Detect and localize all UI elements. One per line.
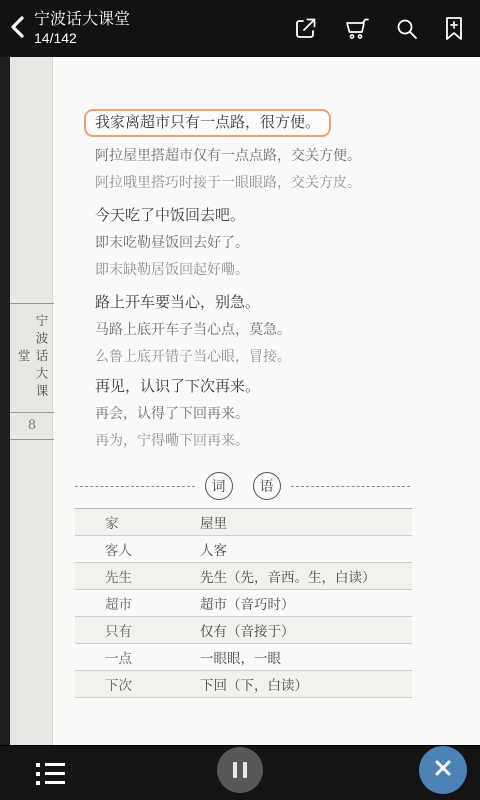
cart-button[interactable]	[343, 16, 370, 42]
vocab-label-ci: 词	[205, 472, 233, 500]
dialect-word: 下回（下，白读）	[200, 674, 412, 694]
dialect-word: 先生（先，音西。生，白读）	[200, 566, 412, 586]
mandarin-sentence[interactable]: 今天吃了中饭回去吧。	[95, 200, 425, 230]
pause-icon	[233, 762, 237, 778]
title-block: 宁波话大课堂 14/142	[34, 10, 130, 48]
vocab-label-yu: 语	[253, 472, 281, 500]
dialect-phonetic: 阿拉哦里搭巧时接于一眼眼路，交关方皮。	[95, 170, 425, 197]
standard-word: 先生	[75, 566, 200, 586]
dialect-sentence: 再会，认得了下回再来。	[95, 401, 425, 428]
page-left-gutter	[0, 57, 10, 745]
spine-book-title: 宁波话大课堂	[14, 312, 50, 404]
standard-word: 超市	[75, 593, 200, 613]
topbar-actions	[293, 16, 480, 42]
table-row: 一点 一眼眼，一眼	[75, 644, 412, 671]
divider-dash-left	[75, 486, 195, 487]
reader-app: 宁波话大课堂 14/142	[0, 0, 480, 800]
chevron-left-icon	[9, 15, 25, 43]
mandarin-sentence: 我家离超市只有一点路，很方便。	[95, 107, 425, 137]
toc-list-icon	[36, 760, 66, 769]
sentence-group: 再见，认识了下次再来。 再会，认得了下回再来。 再为，宁得嘞下回再来。	[95, 371, 425, 455]
standard-word: 只有	[75, 620, 200, 640]
bottom-bar	[0, 745, 480, 800]
toc-button[interactable]	[36, 760, 66, 787]
dialect-word: 仅有（音接于）	[200, 620, 412, 640]
dialect-phonetic: 即末缺勒居饭回起好嘞。	[95, 257, 425, 284]
mandarin-sentence[interactable]: 路上开车要当心，别急。	[95, 287, 425, 317]
close-playback-button[interactable]	[419, 746, 467, 794]
dialect-sentence: 马路上底开车子当心点，莫急。	[95, 317, 425, 344]
book-title: 宁波话大课堂	[34, 10, 130, 30]
sentence-group: 我家离超市只有一点路，很方便。 阿拉屋里搭超市仅有一点点路，交关方便。 阿拉哦里…	[95, 107, 425, 197]
page-indicator: 14/142	[34, 30, 130, 48]
divider-dash-right	[291, 486, 411, 487]
back-button[interactable]	[0, 0, 34, 57]
share-icon	[293, 16, 318, 41]
dialect-word: 超市（音巧时）	[200, 593, 412, 613]
search-icon	[395, 17, 419, 41]
top-bar: 宁波话大课堂 14/142	[0, 0, 480, 57]
dialect-sentence: 阿拉屋里搭超市仅有一点点路，交关方便。	[95, 143, 425, 170]
table-row: 下次 下回（下，白读）	[75, 671, 412, 698]
highlighted-sentence[interactable]: 我家离超市只有一点路，很方便。	[84, 109, 331, 137]
vocab-table: 家 屋里 客人 人客 先生 先生（先，音西。生，白读） 超市 超市（音巧时） 只…	[75, 508, 412, 698]
standard-word: 家	[75, 512, 200, 532]
share-button[interactable]	[293, 16, 318, 41]
standard-word: 一点	[75, 647, 200, 667]
dialect-word: 一眼眼，一眼	[200, 647, 412, 667]
dialect-phonetic: 么鲁上底开错子当心眼，冒接。	[95, 344, 425, 371]
cart-icon	[343, 16, 370, 42]
standard-word: 客人	[75, 539, 200, 559]
pause-button[interactable]	[217, 747, 263, 793]
dialect-word: 屋里	[200, 512, 412, 532]
dialect-word: 人客	[200, 539, 412, 559]
table-row: 超市 超市（音巧时）	[75, 590, 412, 617]
spine-rule-top	[10, 303, 54, 304]
table-row: 先生 先生（先，音西。生，白读）	[75, 563, 412, 590]
mandarin-sentence[interactable]: 再见，认识了下次再来。	[95, 371, 425, 401]
table-row: 家 屋里	[75, 509, 412, 536]
search-button[interactable]	[395, 17, 419, 41]
sentence-group: 路上开车要当心，别急。 马路上底开车子当心点，莫急。 么鲁上底开错子当心眼，冒接…	[95, 287, 425, 371]
close-icon	[433, 758, 453, 782]
table-row: 只有 仅有（音接于）	[75, 617, 412, 644]
spine-rule-bottom	[10, 439, 54, 440]
bookmark-add-icon	[444, 16, 464, 41]
dialect-phonetic: 再为，宁得嘞下回再来。	[95, 428, 425, 455]
sentence-group: 今天吃了中饭回去吧。 即末吃勒昼饭回去好了。 即末缺勒居饭回起好嘞。	[95, 200, 425, 284]
dialect-sentence: 即末吃勒昼饭回去好了。	[95, 230, 425, 257]
table-row: 客人 人客	[75, 536, 412, 563]
spine-page-number: 8	[10, 413, 54, 439]
vocab-section-divider: 词 语	[75, 471, 410, 501]
standard-word: 下次	[75, 674, 200, 694]
spine-marker: 宁波话大课堂 8	[10, 303, 54, 440]
reader-page-area[interactable]: 宁波话大课堂 8 我家离超市只有一点路，很方便。 阿拉屋里搭超市仅有一点点路，交…	[0, 57, 480, 745]
bookmark-add-button[interactable]	[444, 16, 464, 41]
